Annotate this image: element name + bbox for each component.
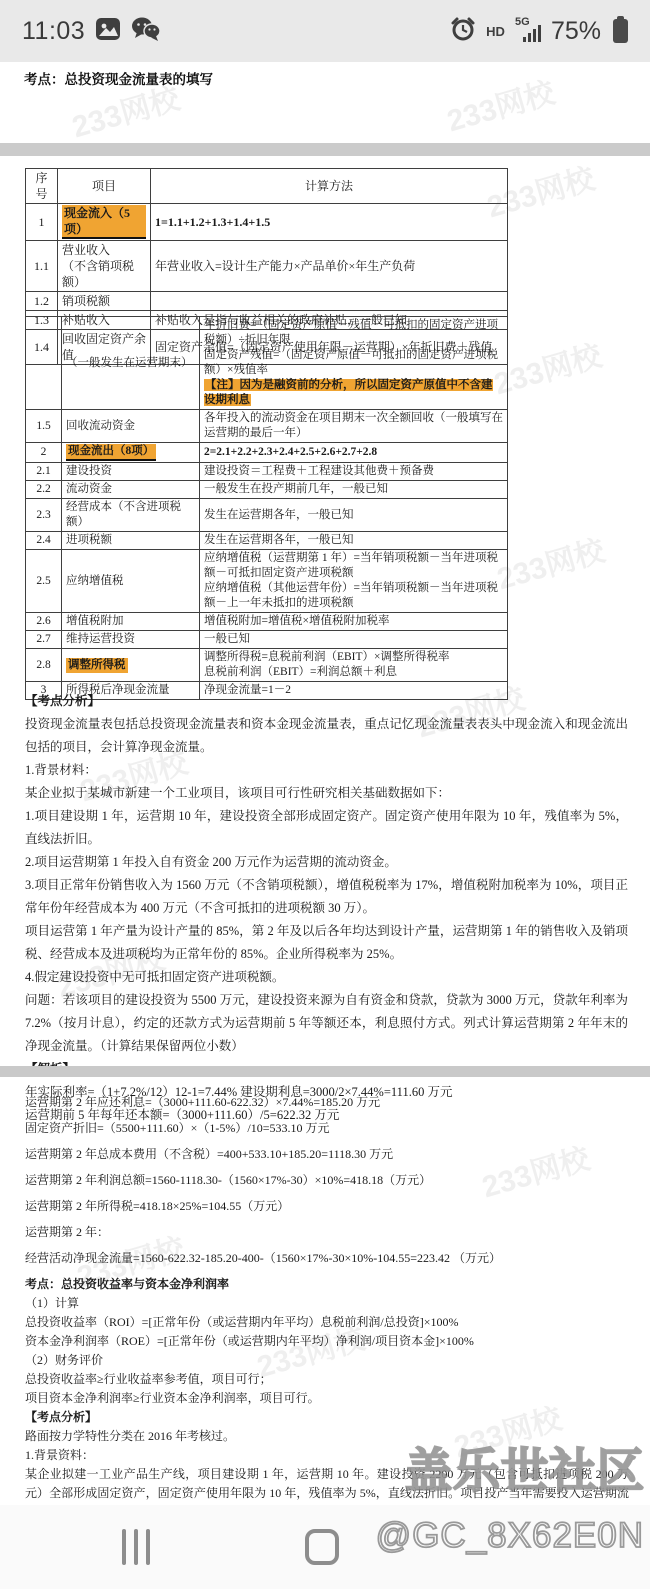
paragraph: 经营活动净现金流量=1560-622.32-185.20-400-（1560×1…	[25, 1249, 629, 1268]
battery-icon	[613, 19, 628, 43]
table-row: 2现金流出（8项）2=2.1+2.2+2.3+2.4+2.5+2.6+2.7+2…	[26, 443, 508, 463]
table-row: 2.6增值税附加增值税附加=增值税×增值税附加税率	[26, 613, 508, 631]
paragraph: 投资现金流量表包括总投资现金流量表和资本金现金流量表，重点记忆现金流量表表头中现…	[25, 713, 628, 759]
table-row: 2.1建设投资建设投资＝工程费＋工程建设其他费＋预备费	[26, 463, 508, 481]
signal-5g-icon: 5G	[515, 18, 541, 44]
hd-indicator: HD	[486, 24, 505, 39]
cell-item: 维持运营投资	[62, 631, 200, 649]
table-row: 1.1营业收入 （不含销项税额）年营业收入=设计生产能力×产品单价×年生产负荷	[26, 241, 508, 292]
paragraph: 3.项目正常年份销售收入为 1560 万元（不含销项税额），增值税税率为 17%…	[25, 874, 628, 920]
cell-item: 建设投资	[62, 463, 200, 481]
cell-method: 发生在运营期各年，一般已知	[200, 499, 508, 532]
cell-seq: 2.1	[26, 463, 62, 481]
cell-seq: 2.7	[26, 631, 62, 649]
cell-seq: 1.2	[26, 292, 58, 311]
table-row: 2.2流动资金一般发生在投产期前几年，一般已知	[26, 481, 508, 499]
paragraph: 1.背景资料：	[25, 1446, 629, 1465]
table-row: 2.7维持运营投资一般已知	[26, 631, 508, 649]
cell-item: 经营成本（不含进项税额）	[62, 499, 200, 532]
solution-section: 运营期第 2 年应还利息=（3000+111.60-622.32）×7.44%=…	[25, 1093, 629, 1541]
cell-seq: 1	[26, 204, 58, 241]
cell-method: 建设投资＝工程费＋工程建设其他费＋预备费	[200, 463, 508, 481]
paragraph: 固定资产折旧=（5500+111.60）×（1-5%）/10=533.10 万元	[25, 1119, 629, 1138]
table-row: 2.5应纳增值税应纳增值税（运营期第 1 年）=当年销项税额－当年进项税额－可抵…	[26, 550, 508, 613]
cell-seq: 2.2	[26, 481, 62, 499]
wechat-notification-icon	[131, 16, 161, 47]
cell-item: 调整所得税	[62, 649, 200, 682]
table-header-row: 序号 项目 计算方法	[26, 169, 508, 204]
cell-method: 1=1.1+1.2+1.3+1.4+1.5	[151, 204, 508, 241]
navigation-bar	[0, 1505, 650, 1589]
cash-outflow-table: （一般发生在运营期末）年折旧费=（固定资产原值－残值－可抵扣的固定资产进项税额）…	[25, 316, 508, 700]
cell-seq: 2.8	[26, 649, 62, 682]
cell-seq: 2.5	[26, 550, 62, 613]
paragraph: 【考点分析】	[25, 690, 628, 713]
cell-seq: 2	[26, 443, 62, 463]
recents-button[interactable]	[122, 1529, 150, 1565]
cell-method: 应纳增值税（运营期第 1 年）=当年销项税额－当年进项税额－可抵扣固定资产进项税…	[200, 550, 508, 613]
paragraph: 总投资收益率≥行业收益率参考值，项目可行；	[25, 1370, 629, 1389]
phone-screen: 11:03 HD 5G 75% 233网校 233网校 233网校 233网校 …	[0, 0, 650, 1589]
paragraph: 资本金净利润率（ROE）=[正常年份（或运营期内年平均）净利润/项目资本金]×1…	[25, 1332, 629, 1351]
paragraph: 1.背景材料：	[25, 759, 628, 782]
paragraph: 总投资收益率（ROI）=[正常年份（或运营期内年平均）息税前利润/总投资]×10…	[25, 1313, 629, 1332]
table-row: 2.8调整所得税调整所得税=息税前利润（EBIT）×调整所得税率息税前利润（EB…	[26, 649, 508, 682]
paragraph: （1）计算	[25, 1294, 629, 1313]
cell-method: 一般已知	[200, 631, 508, 649]
col-header-method: 计算方法	[151, 169, 508, 204]
table-row: 1.2销项税额	[26, 292, 508, 311]
cell-method: 年营业收入=设计生产能力×产品单价×年生产负荷	[151, 241, 508, 292]
alarm-icon	[450, 16, 476, 47]
paragraph: 路面按力学特性分类在 2016 年考核过。	[25, 1427, 629, 1446]
analysis-section: 【考点分析】投资现金流量表包括总投资现金流量表和资本金现金流量表，重点记忆现金流…	[25, 690, 628, 1127]
paragraph: 问题：若该项目的建设投资为 5500 万元，建设投资来源为自有资金和贷款，贷款为…	[25, 989, 628, 1058]
table-row: 2.4进项税额发生在运营期各年，一般已知	[26, 532, 508, 550]
site-watermark: 233网校	[491, 526, 609, 599]
cell-method	[151, 292, 508, 311]
cell-method: 调整所得税=息税前利润（EBIT）×调整所得税率息税前利润（EBIT）=利润总额…	[200, 649, 508, 682]
cell-seq	[26, 317, 62, 410]
paragraph: 考点：总投资收益率与资本金净利润率	[25, 1275, 629, 1294]
paragraph: 运营期第 2 年：	[25, 1223, 629, 1242]
cell-item: （一般发生在运营期末）	[62, 317, 200, 410]
clock-time: 11:03	[22, 17, 85, 46]
cell-method: 一般发生在投产期前几年，一般已知	[200, 481, 508, 499]
paragraph: 2.项目运营期第 1 年投入自有资金 200 万元作为运营期的流动资金。	[25, 851, 628, 874]
table-row: （一般发生在运营期末）年折旧费=（固定资产原值－残值－可抵扣的固定资产进项税额）…	[26, 317, 508, 410]
cell-seq: 2.3	[26, 499, 62, 532]
cell-item: 现金流出（8项）	[62, 443, 200, 463]
paragraph: 项目资本金净利润率≥行业资本金净利润率，项目可行。	[25, 1389, 629, 1408]
cell-method: 各年投入的流动资金在项目期末一次全额回收（一般填写在运营期的最后一年）	[200, 410, 508, 443]
table-row: 1现金流入（5项）1=1.1+1.2+1.3+1.4+1.5	[26, 204, 508, 241]
col-header-seq: 序号	[26, 169, 58, 204]
paragraph: 运营期第 2 年所得税=418.18×25%=104.55（万元）	[25, 1197, 629, 1216]
paragraph: 运营期第 2 年应还利息=（3000+111.60-622.32）×7.44%=…	[25, 1093, 629, 1112]
cell-item: 流动资金	[62, 481, 200, 499]
cell-item: 回收流动资金	[62, 410, 200, 443]
cell-item: 增值税附加	[62, 613, 200, 631]
cell-item: 进项税额	[62, 532, 200, 550]
cell-method: 增值税附加=增值税×增值税附加税率	[200, 613, 508, 631]
cell-item: 应纳增值税	[62, 550, 200, 613]
paragraph: 项目运营第 1 年产量为设计产量的 85%，第 2 年及以后各年均达到设计产量，…	[25, 920, 628, 966]
cell-seq: 2.6	[26, 613, 62, 631]
cell-item: 现金流入（5项）	[58, 204, 151, 241]
paragraph: （2）财务评价	[25, 1351, 629, 1370]
paragraph: 4.假定建设投资中无可抵扣固定资产进项税额。	[25, 966, 628, 989]
table-row: 1.5回收流动资金各年投入的流动资金在项目期末一次全额回收（一般填写在运营期的最…	[26, 410, 508, 443]
cell-item: 销项税额	[58, 292, 151, 311]
battery-percent: 75%	[551, 17, 601, 46]
cell-method: 2=2.1+2.2+2.3+2.4+2.5+2.6+2.7+2.8	[200, 443, 508, 463]
paragraph: 某企业拟于某城市新建一个工业项目，该项目可行性研究相关基础数据如下：	[25, 782, 628, 805]
paragraph: 运营期第 2 年利润总额=1560-1118.30-（1560×17%-30）×…	[25, 1171, 629, 1190]
cell-method: 发生在运营期各年，一般已知	[200, 532, 508, 550]
col-header-item: 项目	[58, 169, 151, 204]
gallery-notification-icon	[95, 16, 121, 47]
paragraph: 运营期第 2 年总成本费用（不含税）=400+533.10+185.20=111…	[25, 1145, 629, 1164]
cell-seq: 2.4	[26, 532, 62, 550]
cell-seq: 1.1	[26, 241, 58, 292]
status-bar: 11:03 HD 5G 75%	[0, 0, 650, 62]
page-title: 考点：总投资现金流量表的填写	[24, 68, 213, 88]
site-watermark: 233网校	[441, 68, 559, 141]
page-divider	[0, 143, 650, 156]
table-row: 2.3经营成本（不含进项税额）发生在运营期各年，一般已知	[26, 499, 508, 532]
cell-item: 营业收入 （不含销项税额）	[58, 241, 151, 292]
cell-seq: 1.5	[26, 410, 62, 443]
paragraph: 1.项目建设期 1 年，运营期 10 年，建设投资全部形成固定资产。固定资产使用…	[25, 805, 628, 851]
paragraph: 【考点分析】	[25, 1408, 629, 1427]
home-button[interactable]	[305, 1529, 339, 1565]
page-divider	[0, 1066, 650, 1077]
cell-method: 年折旧费=（固定资产原值－残值－可抵扣的固定资产进项税额）÷折旧年限固定资产残值…	[200, 317, 508, 410]
